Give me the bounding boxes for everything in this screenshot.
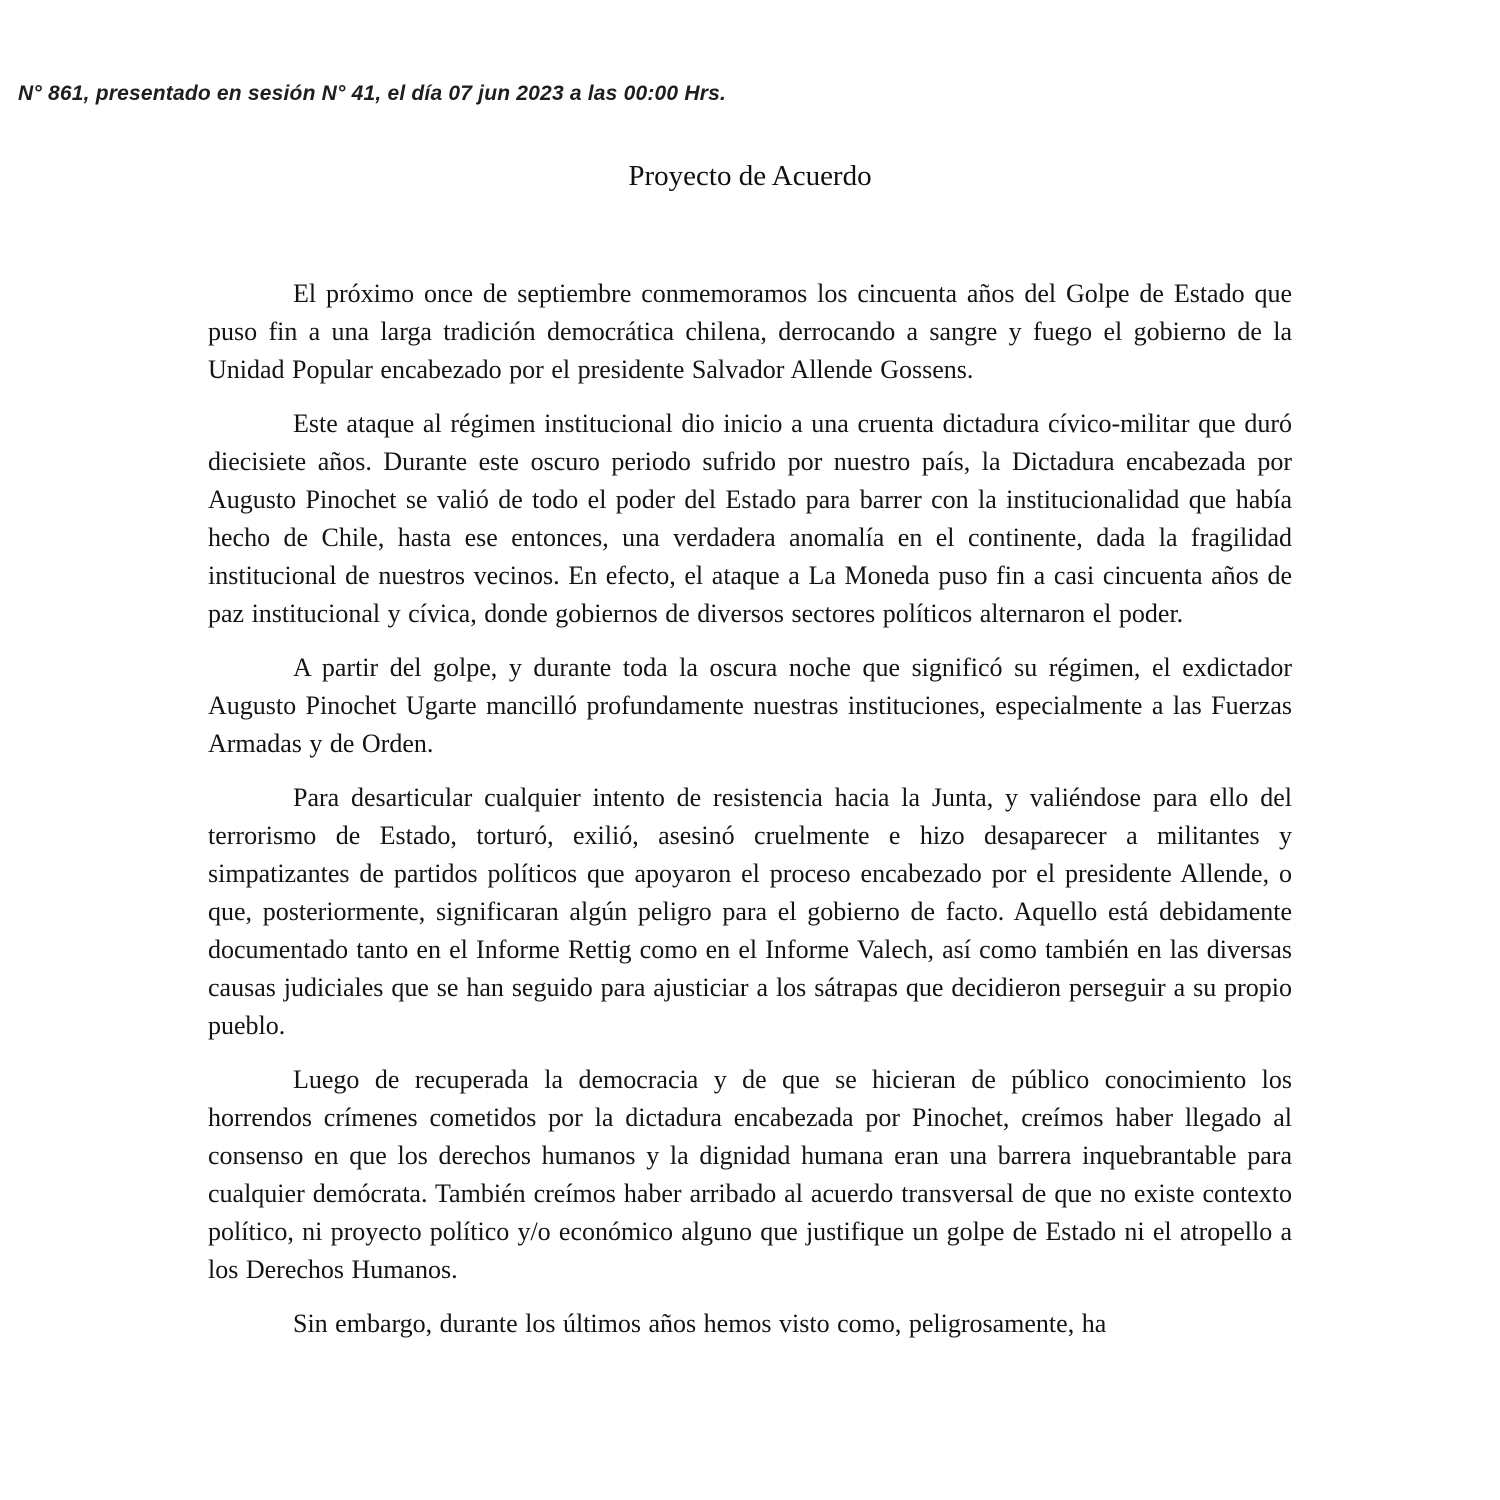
paragraph: Sin embargo, durante los últimos años he… bbox=[208, 1305, 1292, 1343]
document-page: N° 861, presentado en sesión N° 41, el d… bbox=[0, 82, 1500, 1343]
paragraph: Este ataque al régimen institucional dio… bbox=[208, 405, 1292, 633]
document-header: N° 861, presentado en sesión N° 41, el d… bbox=[18, 82, 1480, 106]
document-body: El próximo once de septiembre conmemoram… bbox=[208, 275, 1292, 1343]
document-viewport: { "page": { "header": "N° 861, presentad… bbox=[0, 0, 1500, 1500]
paragraph: Luego de recuperada la democracia y de q… bbox=[208, 1061, 1292, 1289]
paragraph: El próximo once de septiembre conmemoram… bbox=[208, 275, 1292, 389]
paragraph: Para desarticular cualquier intento de r… bbox=[208, 779, 1292, 1045]
paragraph: A partir del golpe, y durante toda la os… bbox=[208, 649, 1292, 763]
page-title: Proyecto de Acuerdo bbox=[0, 160, 1500, 193]
